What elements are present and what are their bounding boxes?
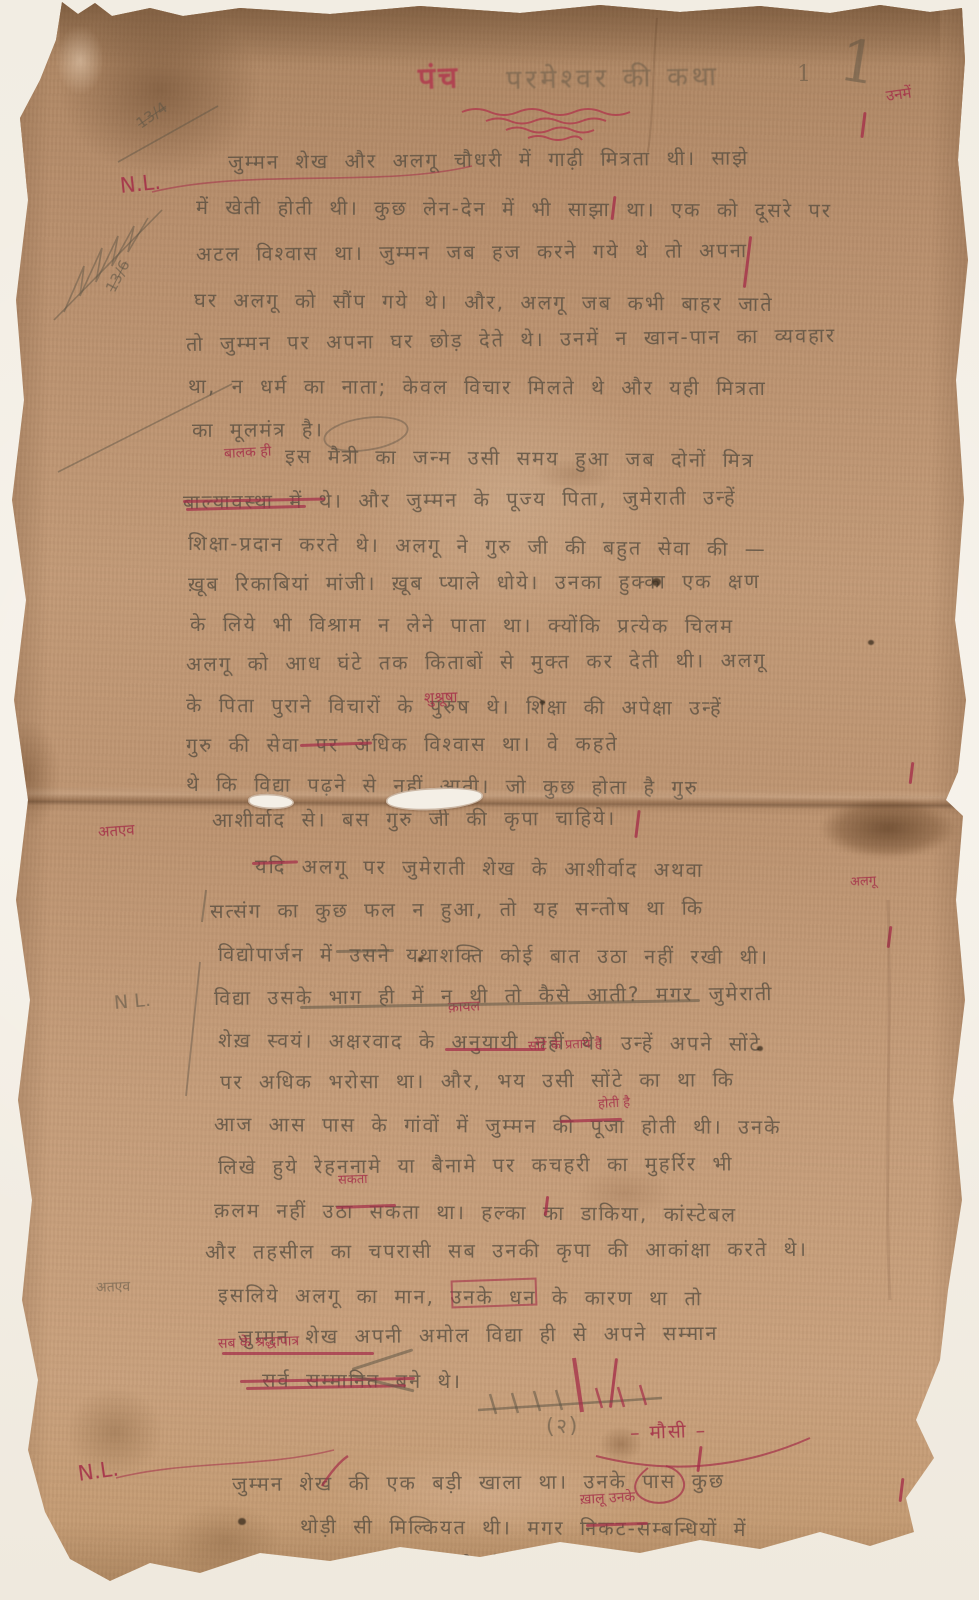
red-danda-mark [887,926,893,948]
manuscript-line: लिखे हुये रेहननामे या बैनामे पर कचहरी का… [218,1149,734,1180]
red-annotation-nl-bottom: N.L. [76,1456,120,1485]
manuscript-line: का मूलमंत्र है। [192,415,324,443]
pencil-margin-mark-ataev-pencil: अतएव [96,1277,131,1297]
manuscript-line: विद्या उसके भाग ही में न थी तो कैसे आती?… [214,979,774,1011]
manuscript-line: शिक्षा-प्रदान करते थे। अलगू ने गुरु जी क… [188,529,767,562]
pencil-margin-mark-m134: 13/4 [133,98,171,132]
stain-left-edge-mid [0,700,72,850]
manuscript-line: विद्योपार्जन में उसने यथाशक्ति कोई बात उ… [218,940,769,970]
red-annotation-shraddha-patra: सब के श्रद्धापात्र [218,1331,300,1353]
red-danda-mark [634,810,640,838]
manuscript-line: सत्संग का कुछ फल न हुआ, तो यह सन्तोष था … [210,894,704,924]
pencil-margin-mark-m136: 13/6 [102,257,134,295]
stain-top-edge [60,0,940,68]
manuscript-line: था, न धर्म का नाता; केवल विचार मिलते थे … [188,372,767,401]
manuscript-line: यदि अलगू पर जुमेराती शेख के आशीर्वाद अथव… [255,852,704,883]
red-annotation-hoti-hai: होती है [598,1092,631,1112]
manuscript-line: जुम्मन शेख और अलगू चौधरी में गाढ़ी मित्र… [228,143,750,175]
manuscript-line: घर अलगू को सौंप गये थे। और, अलगू जब कभी … [194,286,774,317]
pencil-margin-mark-nl-pencil: N L. [113,989,152,1014]
manuscript-page: परमेश्वर की कथा पंच 1 1 (२) – मौसी – जुम… [0,0,979,1600]
manuscript-line: अटल विश्वास था। जुम्मन जब हज करने गये थे… [196,236,748,267]
section-heading-mausi: – मौसी – [630,1417,708,1446]
red-annotation-nl-top: N.L. [119,170,162,198]
manuscript-line: इसलिये अलगू का मान, उनके धन के कारण था त… [218,1281,703,1311]
ink-blot [868,640,874,645]
red-annotation-algu: अलगू [850,871,877,890]
ink-blot [418,957,423,962]
red-annotation-balak-hi: बालक ही [224,442,272,463]
red-annotation-ataev: अतएव [97,819,135,842]
pencil-bracket [202,890,206,922]
crease-vertical-right [888,900,890,1300]
page-number: 1 [797,62,811,87]
red-annotation-unmein: उनमें [885,83,913,106]
manuscript-line: पर अधिक भरोसा था। और, भय उसी सोंटे का था… [220,1065,735,1095]
manuscript-line: इस मैत्री का जन्म उसी समय हुआ जब दोनों म… [285,442,755,473]
manuscript-line: जुम्मन शेख अपनी अमोल विद्या ही से अपने स… [238,1319,719,1350]
manuscript-line: जुम्मन शेख की एक बड़ी खाला था। उनके पास … [232,1467,725,1497]
manuscript-line: क़लम नहीं उठा सकता था। हल्का का डाकिया, … [214,1196,737,1228]
page-title: पंच [417,55,460,97]
manuscript-line: न था। जुम्मन ने लम्बे-चौड़े वादे कर के म… [268,1550,731,1579]
manuscript-line: ख़ूब रिकाबियां मांजी। ख़ूब प्याले धोये। … [188,567,761,597]
stain-right-middle-dark [808,792,968,864]
scan-background: परमेश्वर की कथा पंच 1 1 (२) – मौसी – जुम… [0,0,979,1600]
red-danda-mark [909,762,915,784]
ink-blot [652,578,661,586]
manuscript-line: शेख़ स्वयं। अक्षरवाद के अनुयायी नहीं थे।… [218,1026,762,1057]
red-strike-mark [445,1048,545,1051]
red-strike-mark [222,1352,374,1355]
red-danda-mark [860,112,866,138]
stain-top-left-flap [48,14,112,106]
pencil-hatch-divider [478,1358,662,1414]
manuscript-line: आज आस पास के गांवों में जुम्मन की पूजा ह… [214,1110,782,1140]
stain-bottom-left-2 [150,1490,300,1590]
red-annotation-khalu-unke: ख़ालू उनके [580,1487,636,1509]
manuscript-line: और तहसील का चपरासी सब उनकी कृपा की आकांक… [205,1235,808,1265]
red-danda-mark [609,1358,618,1408]
ink-blot [540,700,545,705]
manuscript-line: अलगू को आध घंटे तक किताबों से मुक्त कर द… [186,646,767,677]
ink-blot [757,1046,763,1051]
red-annotation-qayal: क़ायल [448,996,481,1017]
title-pencil-scrawl: परमेश्वर की कथा [506,56,721,97]
page-number-large: 1 [835,26,882,99]
section-number: (२) [545,1411,580,1441]
manuscript-line: तो जुम्मन पर अपना घर छोड़ देते थे। उनमें… [186,321,837,357]
red-danda-mark [899,1478,905,1502]
manuscript-line: में खेती होती थी। कुछ लेन-देन में भी साझ… [196,193,832,223]
red-annotation-shushrusha: शुश्रूषा [424,687,458,708]
ink-blot [238,1518,246,1525]
manuscript-line: गुरु की सेवा पर अधिक विश्वास था। वे कहते [186,729,619,758]
red-annotation-sakta: सकता [338,1169,368,1188]
pencil-margin-line [186,962,200,1096]
manuscript-line: के लिये भी विश्राम न लेने पाता था। क्यों… [190,610,734,639]
manuscript-line: थोड़ी सी मिल्कियत थी। मगर निकट-सम्बन्धिय… [300,1512,748,1542]
